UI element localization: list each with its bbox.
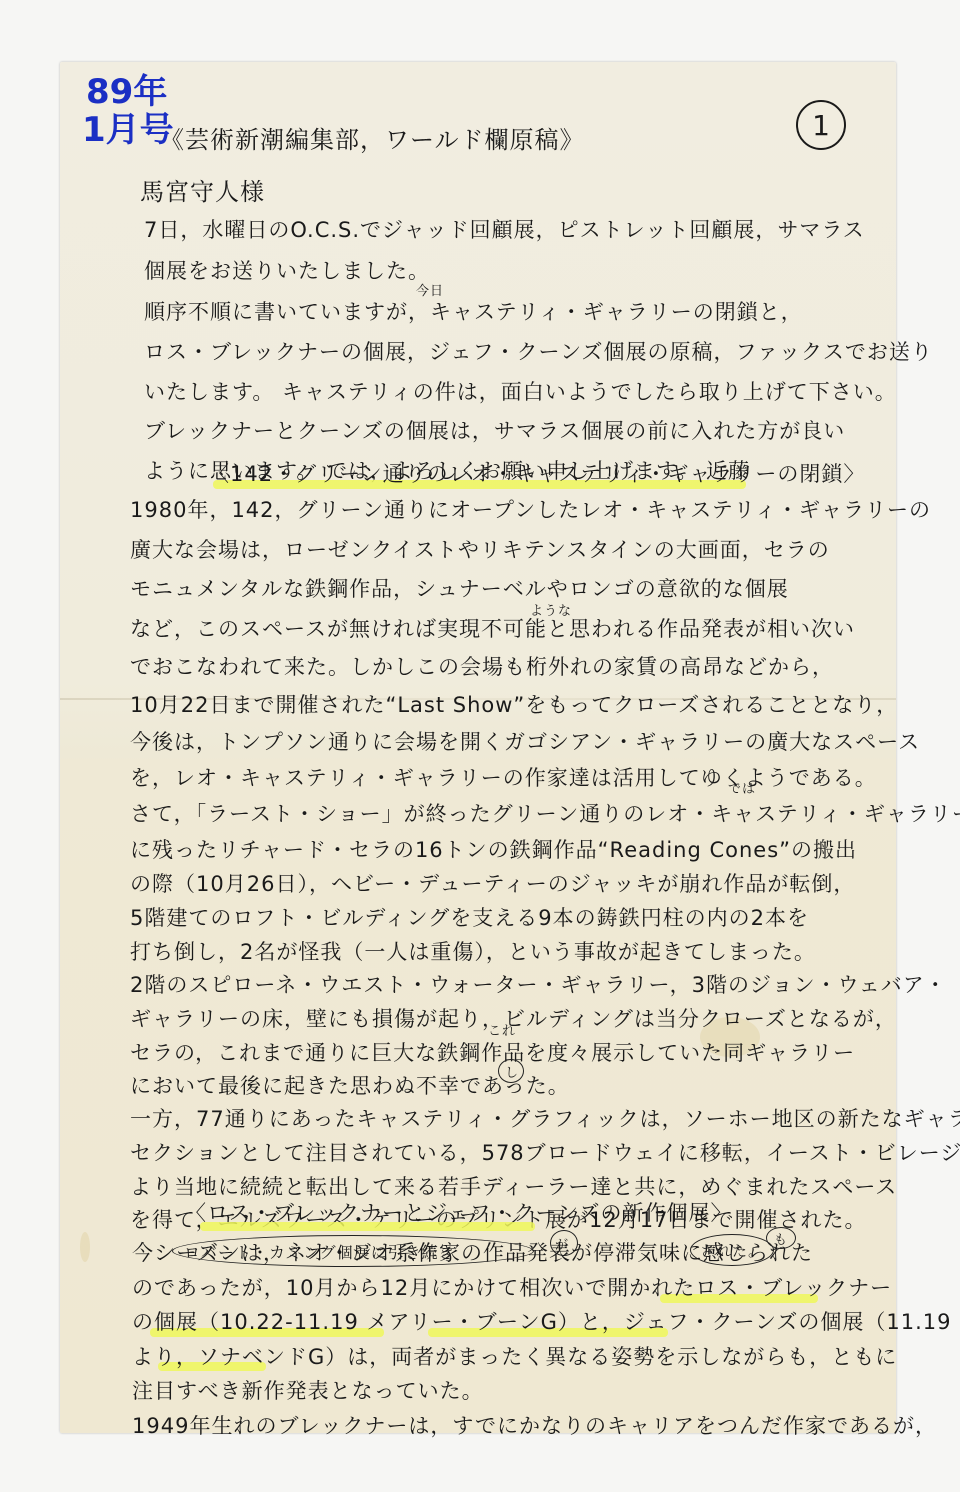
paper-stain bbox=[80, 1232, 90, 1262]
section2-heading: 〈ロス・ブレックナーとジェフ・クーンズの新作個展〉 bbox=[185, 1197, 732, 1227]
section2-line: のであったが，10月から12月にかけて相次いで開かれたロス・ブレックナー bbox=[132, 1272, 892, 1302]
section2-line: 1949年生れのブレックナーは，すでにかなりのキャリアをつんだ作家であるが， bbox=[132, 1410, 937, 1440]
section1-line: セラの，これまで通りに巨大な鉄鋼作品を度々展示していた同ギャラリー bbox=[130, 1037, 855, 1067]
section2-line: より，ソナベンドG）は，両者がまったく異なる姿勢を示しながらも，ともに bbox=[132, 1341, 897, 1371]
issue-note-year: 89年 bbox=[86, 74, 167, 110]
section1-line: でおこなわれて来た。しかしこの会場も桁外れの家賃の高昂などから， bbox=[130, 651, 834, 681]
section1-line: など，このスペースが無ければ実現不可能と思われる作品発表が相い次い bbox=[130, 613, 855, 643]
insert-dewa: では bbox=[728, 778, 756, 797]
header-title: 《芸術新潮編集部，ワールド欄原稿》 bbox=[160, 120, 585, 155]
section1-line: に残ったリチャード・セラの16トンの鉄鋼作品“Reading Cones”の搬出 bbox=[130, 834, 857, 864]
section1-line: 一方，77通りにあったキャステリィ・グラフィックは，ソーホー地区の新たなギャラリ… bbox=[130, 1103, 960, 1133]
section1-line: モニュメンタルな鉄鋼作品，シュナーベルやロンゴの意欲的な個展 bbox=[130, 573, 789, 603]
letter-line: いたします。 キャステリィの件は，面白いようでしたら取り上げて下さい。 bbox=[144, 376, 897, 406]
page-number: 1 bbox=[812, 109, 830, 142]
letter-line: ロス・ブレックナーの個展，ジェフ・クーンズ個展の原稿，ファックスでお送り bbox=[144, 336, 933, 366]
letter-line: 7日，水曜日のO.C.S.でジャッド回顧展，ピストレット回顧展，サマラス bbox=[144, 214, 865, 244]
section2-line: の個展（10.22-11.19 メアリー・ブーンG）と，ジェフ・クーンズの個展（… bbox=[132, 1306, 952, 1336]
section1-line: セクションとして注目されている，578ブロードウェイに移転，イースト・ビレージ bbox=[130, 1137, 960, 1167]
section1-line: 廣大な会場は，ローゼンクイストやリキテンスタインの大画面，セラの bbox=[130, 534, 830, 564]
section1-line: において最後に起きた思わぬ不幸であった。 bbox=[130, 1070, 570, 1100]
page-number-circle: 1 bbox=[796, 100, 846, 150]
letter-line: 個展をお送りいたしました。 bbox=[144, 255, 430, 285]
section1-line: 打ち倒し，2名が怪我（一人は重傷），という事故が起きてしまった。 bbox=[130, 936, 816, 966]
manuscript-page: 89年 1月号 《芸術新潮編集部，ワールド欄原稿》 1 馬宮守人様 7日，水曜日… bbox=[60, 62, 896, 1433]
section1-line: 10月22日まで開催された“Last Show”をもってクローズされることとなり… bbox=[130, 689, 898, 719]
section1-line: の際（10月26日），ヘビー・デューティーのジャッキが崩れ作品が転倒， bbox=[130, 868, 855, 898]
letter-line: 順序不順に書いていますが，キャステリィ・ギャラリーの閉鎖と， bbox=[144, 296, 803, 326]
section1-line: 5階建てのロフト・ビルディングを支える9本の鋳鉄円柱の内の2本を bbox=[130, 902, 809, 932]
section1-heading: 〈142・グリーン通りのレオ・キャステリィ・ギャラリーの閉鎖〉 bbox=[208, 458, 865, 488]
section1-line: を，レオ・キャステリィ・ギャラリーの作家達は活用してゆくようである。 bbox=[130, 762, 877, 792]
section2-line: 注目すべき新作発表となっていた。 bbox=[132, 1375, 484, 1405]
section1-line: 2階のスピローネ・ウエスト・ウォーター・ギャラリー，3階のジョン・ウェバア・ bbox=[130, 969, 947, 999]
section1-line: さて，「ラースト・ショー」が終ったグリーン通りのレオ・キャステリィ・ギャラリー，… bbox=[130, 798, 960, 828]
addressee: 馬宮守人様 bbox=[140, 172, 265, 207]
section1-line: 今後は，トンプソン通りに会場を開くガゴシアン・ギャラリーの廣大なスペース bbox=[130, 726, 920, 756]
letter-line: ブレックナーとクーンズの個展は，サマラス個展の前に入れた方が良い bbox=[144, 415, 845, 445]
section1-line: 1980年，142，グリーン通りにオープンしたレオ・キャステリィ・ギャラリーの bbox=[130, 494, 931, 524]
section2-line: 今シーズンは，ネオ・ジオ系作家の作品発表が停滞気味に感じられた bbox=[132, 1237, 813, 1267]
